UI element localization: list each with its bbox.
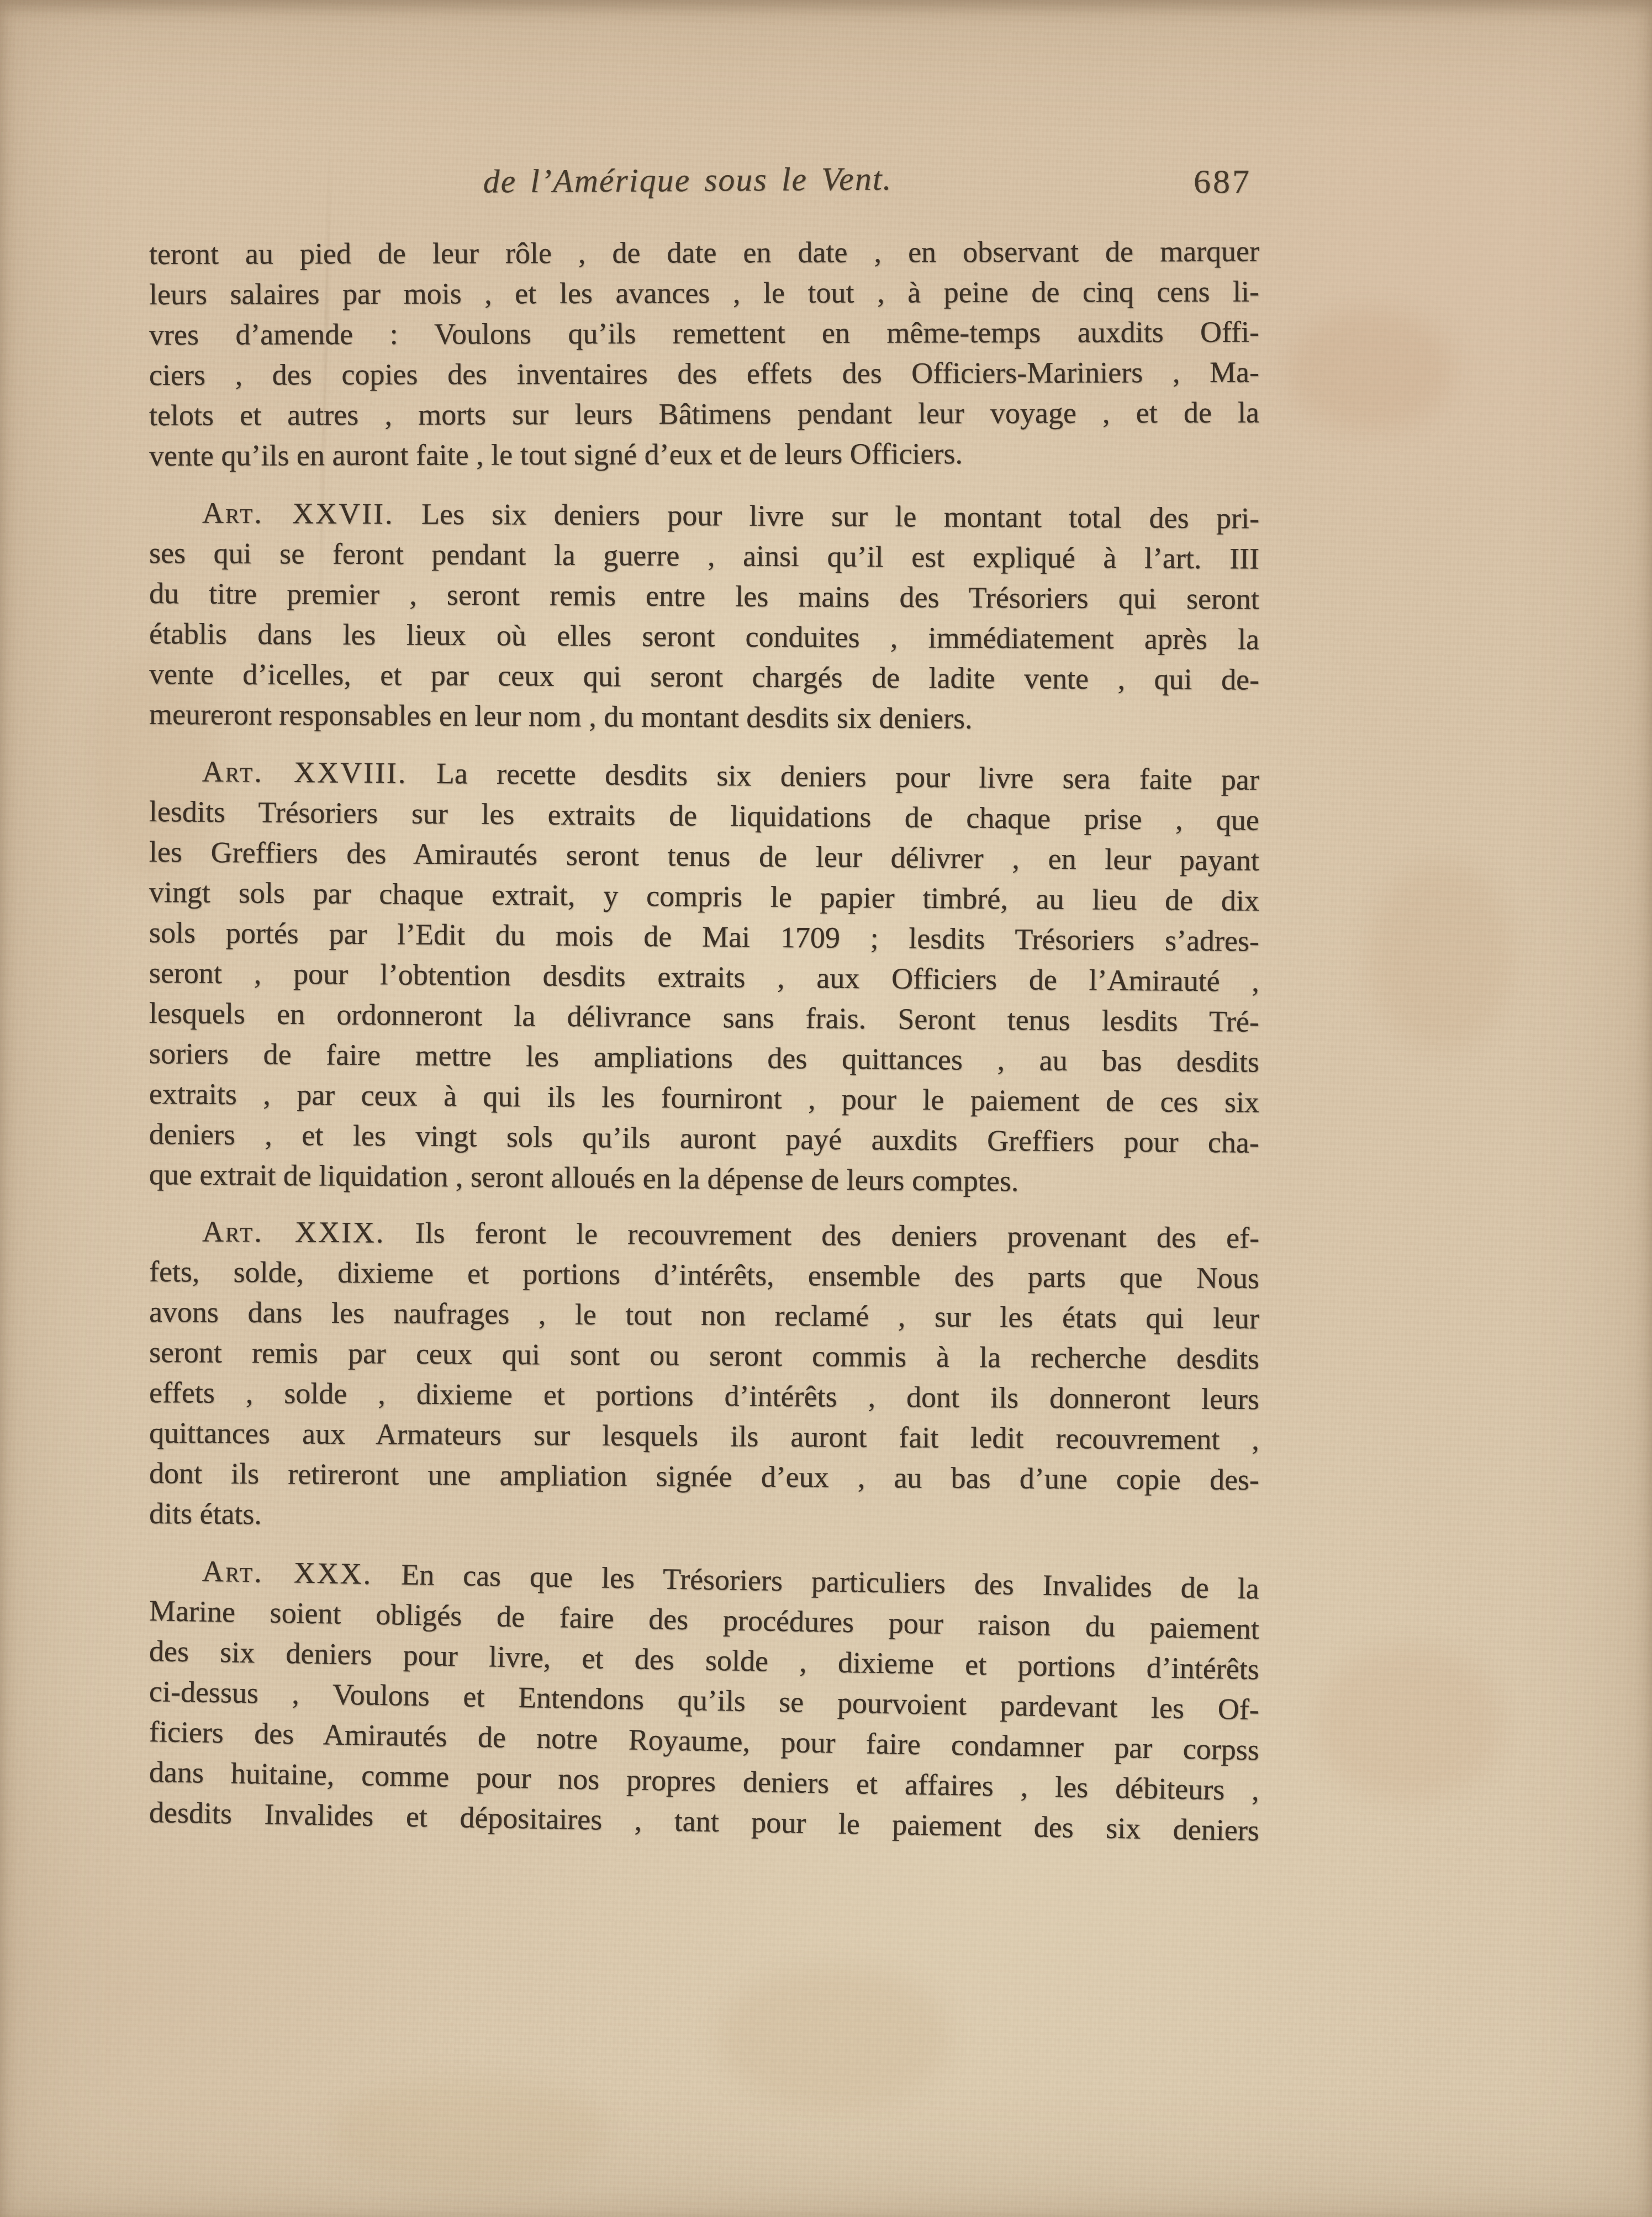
text-line: seront remis par ceux qui sont ou seront…: [149, 1332, 1259, 1379]
text-line: avons dans les naufrages , le tout non r…: [149, 1292, 1259, 1339]
line-text: La recette desdits six deniers pour livr…: [436, 757, 1260, 796]
paper-stain: [1370, 862, 1513, 1049]
text-line: vente d’icelles, et par ceux qui seront …: [149, 654, 1259, 700]
text-line: du titre premier , seront remis entre le…: [149, 573, 1259, 620]
paragraph: teront au pied de leur rôle , de date en…: [149, 234, 1259, 476]
text-line: telots et autres , morts sur leurs Bâtim…: [149, 393, 1259, 436]
text-line: teront au pied de leur rôle , de date en…: [149, 231, 1259, 275]
paragraph: Art. XXIX. Ils feront le recouvrement de…: [149, 1211, 1259, 1534]
text-line: établis dans les lieux où elles seront c…: [149, 614, 1259, 660]
text-line: fets, solde, dixieme et portions d’intér…: [149, 1252, 1259, 1298]
running-title: de l’Amérique sous le Vent.: [483, 160, 892, 200]
paper-stain: [1315, 1646, 1502, 1801]
article-label: Art. XXX.: [202, 1555, 372, 1591]
text-line: dits états.: [149, 1493, 1259, 1540]
text-line: meureront responsables en leur nom , du …: [149, 694, 1259, 741]
page-header: de l’Amérique sous le Vent. 687: [149, 161, 1259, 211]
line-text: Les six deniers pour livre sur le montan…: [421, 498, 1259, 535]
article-label: Art. XXVIII.: [202, 755, 408, 790]
paragraph: Art. XXX. En cas que les Trésoriers part…: [149, 1550, 1259, 1833]
article-label: Art. XXVII.: [202, 497, 394, 531]
paper-stain: [718, 1966, 950, 2110]
page-number: 687: [1194, 162, 1252, 202]
paper-stain: [331, 2077, 608, 2187]
text-line: effets , solde , dixieme et portions d’i…: [149, 1373, 1259, 1419]
text-line: vente qu’ils en auront faite , le tout s…: [149, 433, 1259, 476]
paper-stain: [1287, 309, 1453, 431]
text-line: Art. XXIX. Ils feront le recouvrement de…: [149, 1211, 1259, 1258]
text-line: ciers , des copies des inventaires des e…: [149, 352, 1259, 395]
text-line: vres d’amende : Voulons qu’ils remettent…: [149, 312, 1259, 355]
paragraph: Art. XXVIII. La recette desdits six deni…: [149, 751, 1259, 1195]
text-line: leurs salaires par mois , et les avances…: [149, 272, 1259, 315]
paragraph: Art. XXVII. Les six deniers pour livre s…: [149, 493, 1259, 735]
book-page: de l’Amérique sous le Vent. 687 teront a…: [0, 0, 1652, 2217]
text-line: dont ils retireront une ampliation signé…: [149, 1453, 1259, 1500]
text-line: Art. XXVII. Les six deniers pour livre s…: [149, 493, 1259, 539]
text-block: teront au pied de leur rôle , de date en…: [149, 234, 1259, 1833]
article-label: Art. XXIX.: [202, 1215, 386, 1249]
text-line: ses qui se feront pendant la guerre , ai…: [149, 533, 1259, 579]
text-line: quittances aux Armateurs sur lesquels il…: [149, 1413, 1259, 1460]
text-line: que extrait de liquidation , seront allo…: [149, 1154, 1260, 1203]
line-text: Ils feront le recouvrement des deniers p…: [415, 1216, 1260, 1254]
